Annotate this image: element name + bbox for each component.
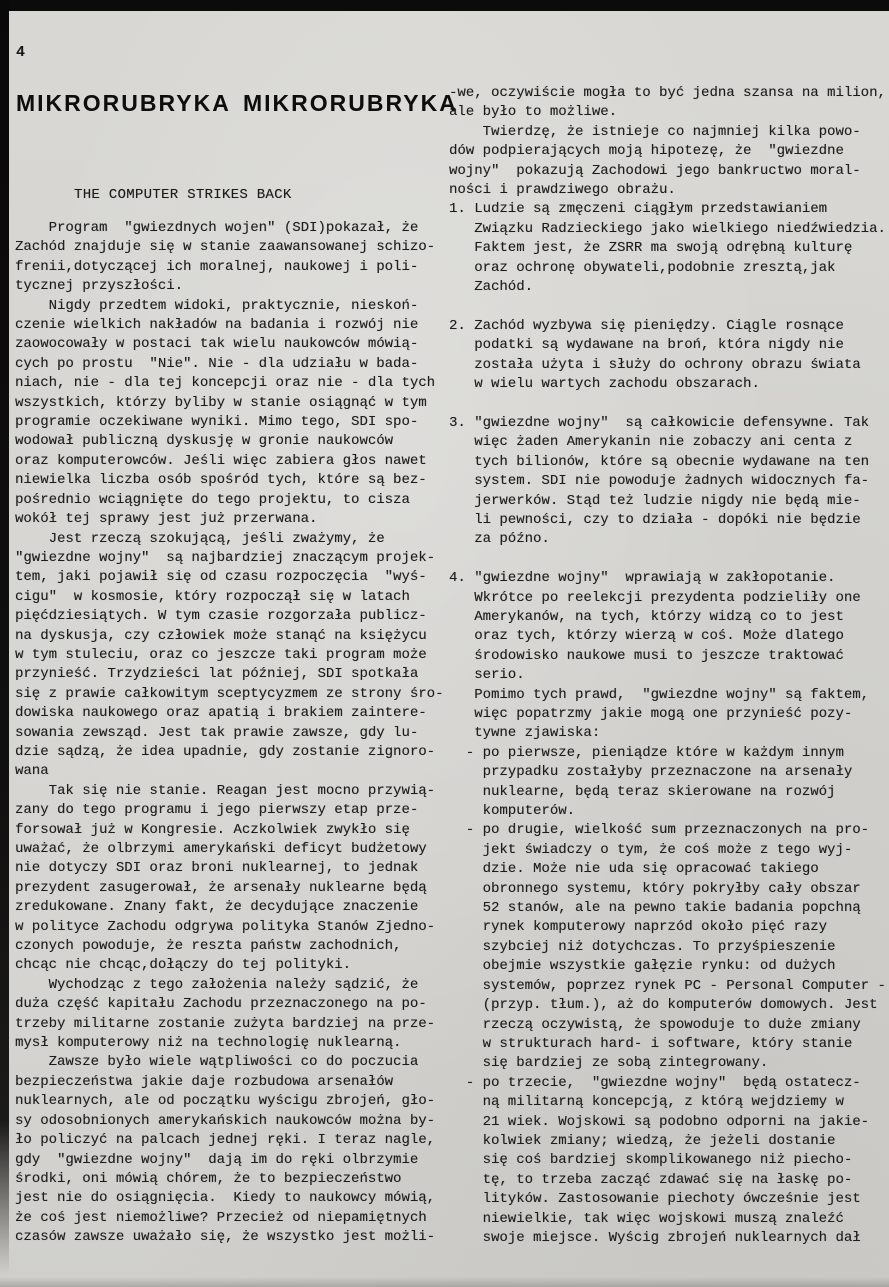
article-title: THE COMPUTER STRIKES BACK	[74, 187, 292, 203]
scan-top-edge-bar	[0, 0, 889, 11]
section-header-left: MIKRORUBRYKA	[16, 90, 231, 117]
scanned-page: 4 MIKRORUBRYKA MIKRORUBRYKA THE COMPUTER…	[0, 0, 889, 1287]
section-header-right: MIKRORUBRYKA	[243, 90, 458, 117]
left-column-text: Program "gwiezdnych wojen" (SDI)pokazał,…	[15, 219, 443, 1248]
scan-left-edge-bar	[0, 0, 9, 1274]
scan-bottom-edge-shade	[0, 1277, 889, 1287]
page-number: 4	[16, 44, 25, 61]
right-column-text: -we, oczywiście mogła to być jedna szans…	[449, 84, 886, 1248]
